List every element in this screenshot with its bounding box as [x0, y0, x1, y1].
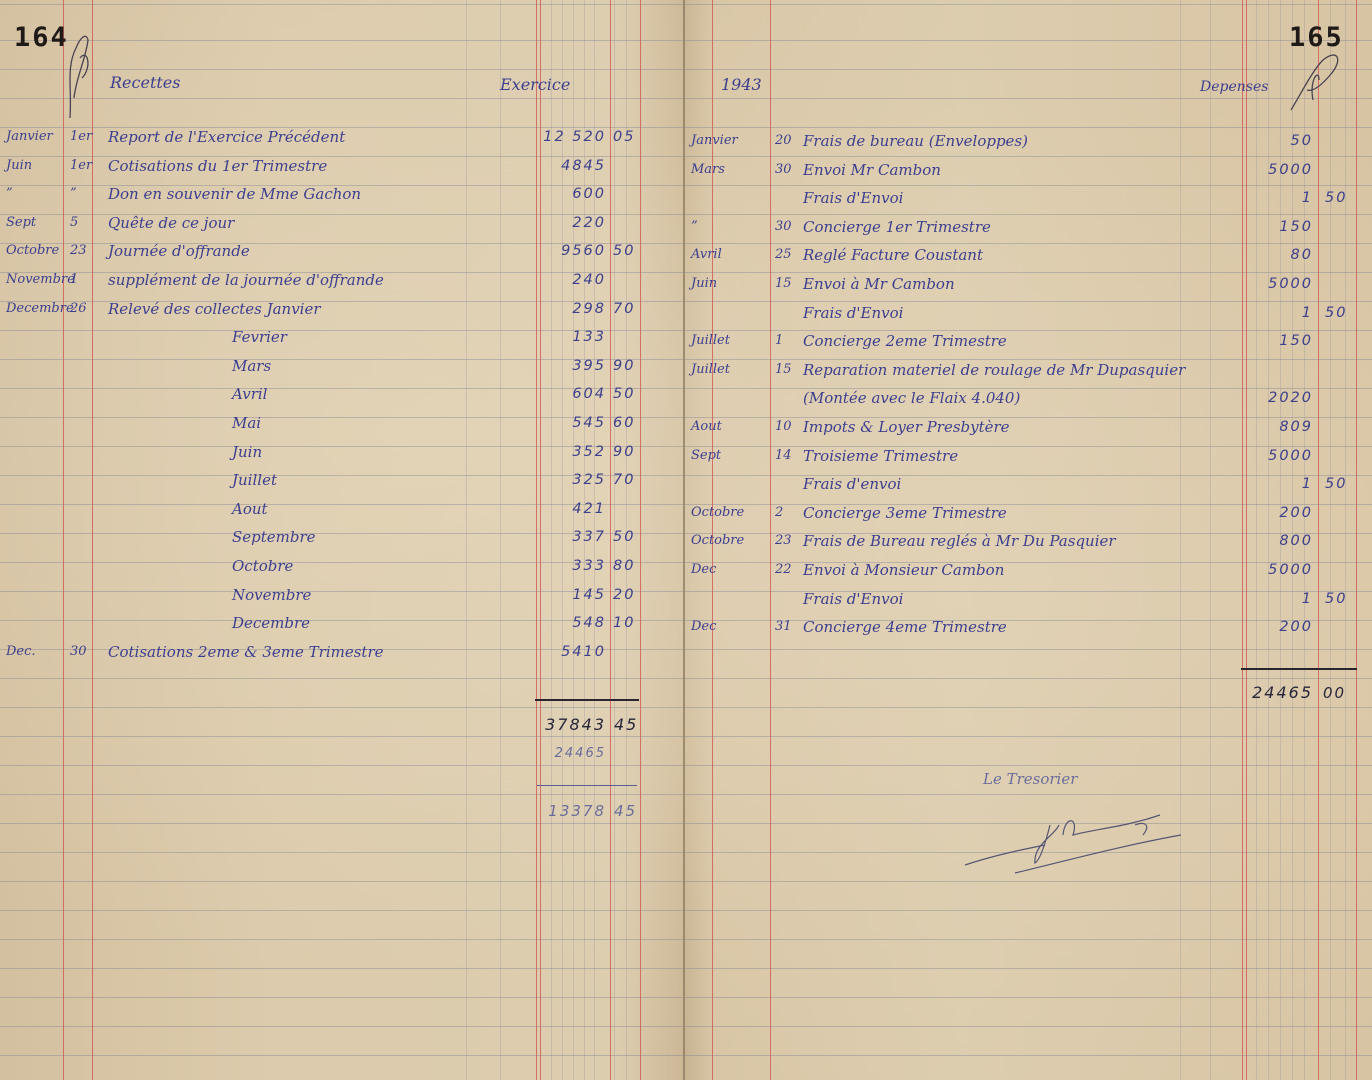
entry-month: Janvier: [6, 128, 53, 146]
entry-amount-cents: 50: [1325, 590, 1347, 608]
entry-amount-francs: 352: [530, 443, 606, 461]
entry-description: Report de l'Exercice Précédent: [108, 128, 345, 146]
entry-month: ”: [691, 218, 698, 236]
entry-amount-francs: 5000: [1233, 561, 1313, 579]
entry-amount-francs: 325: [530, 471, 606, 489]
entry-description: Relevé des collectes Janvier: [108, 300, 321, 318]
entry-amount-francs: 150: [1233, 332, 1313, 350]
entry-amount-francs: 298: [530, 300, 606, 318]
entry-amount-francs: 12 520: [530, 128, 606, 146]
signature-title: Le Tresorier: [983, 770, 1077, 788]
entry-day: 2: [775, 504, 783, 522]
entry-month: Mars: [691, 161, 725, 179]
cents-rule: [640, 0, 641, 1080]
entry-description: Reparation materiel de roulage de Mr Dup…: [803, 361, 1185, 379]
entry-description: Envoi Mr Cambon: [803, 161, 941, 179]
entry-description: Concierge 4eme Trimestre: [803, 618, 1007, 636]
entry-amount-cents: 20: [613, 586, 635, 604]
entry-description: Don en souvenir de Mme Gachon: [108, 185, 361, 203]
header-expenses: Depenses: [1200, 78, 1268, 96]
entry-day: 26: [70, 300, 87, 318]
entry-amount-francs: 395: [530, 357, 606, 375]
entry-description: Juillet: [232, 471, 277, 489]
entry-amount-francs: 600: [530, 185, 606, 203]
entry-day: 22: [775, 561, 792, 579]
entry-month: Juillet: [691, 332, 730, 350]
entry-month: Dec: [691, 561, 716, 579]
entry-amount-francs: 548: [530, 614, 606, 632]
entry-description: Concierge 2eme Trimestre: [803, 332, 1007, 350]
entry-month: Dec: [691, 618, 716, 636]
entry-description: Concierge 3eme Trimestre: [803, 504, 1007, 522]
entry-description: Avril: [232, 385, 267, 403]
right-page-expenses: 165 1943 Depenses Janvier20Frais de bure…: [685, 0, 1372, 1080]
entry-amount-francs: 200: [1233, 504, 1313, 522]
entry-description: (Montée avec le Flaix 4.040): [803, 389, 1020, 407]
entry-description: Octobre: [232, 557, 293, 575]
entry-day: 15: [775, 275, 792, 293]
entry-amount-francs: 1: [1233, 189, 1313, 207]
column-rule: [1210, 0, 1211, 1080]
entry-month: Aout: [691, 418, 722, 436]
entry-amount-cents: 60: [613, 414, 635, 432]
entry-amount-francs: 50: [1233, 132, 1313, 150]
entry-day: 15: [775, 361, 792, 379]
entry-day: 1er: [70, 128, 92, 146]
entry-description: Aout: [232, 500, 268, 518]
entry-day: 20: [775, 132, 792, 150]
entry-amount-francs: 5410: [530, 643, 606, 661]
entry-month: Sept: [6, 214, 36, 232]
total-receipts-francs: 37843: [540, 716, 606, 734]
entry-month: ”: [6, 185, 13, 203]
entry-description: Journée d'offrande: [108, 242, 250, 260]
less-expenses-francs: 24465: [530, 745, 606, 763]
entry-month: Sept: [691, 447, 721, 465]
entry-month: Avril: [691, 246, 722, 264]
entry-amount-cents: 50: [1325, 189, 1347, 207]
entry-amount-francs: 1: [1233, 475, 1313, 493]
entry-description: Reglé Facture Coustant: [803, 246, 983, 264]
entry-description: Mai: [232, 414, 261, 432]
total-receipts-cents: 45: [614, 716, 638, 734]
entry-day: 23: [70, 242, 87, 260]
entry-amount-francs: 200: [1233, 618, 1313, 636]
page-number: 164: [14, 22, 69, 53]
entry-amount-francs: 9560: [530, 242, 606, 260]
entry-amount-francs: 333: [530, 557, 606, 575]
entry-month: Octobre: [6, 242, 59, 260]
entry-amount-cents: 50: [1325, 304, 1347, 322]
entry-month: Juin: [6, 157, 32, 175]
total-expenses-francs: 24465: [1233, 684, 1313, 702]
entry-amount-cents: 50: [613, 242, 635, 260]
entry-amount-cents: 70: [613, 471, 635, 489]
margin-rule: [63, 0, 64, 1080]
cents-rule: [610, 0, 611, 1080]
entry-day: ”: [70, 185, 77, 203]
entry-day: 5: [70, 214, 78, 232]
entry-amount-cents: 10: [613, 614, 635, 632]
entry-description: Juin: [232, 443, 262, 461]
balance-cents: 45: [614, 802, 637, 820]
entry-amount-francs: 4845: [530, 157, 606, 175]
entry-amount-francs: 150: [1233, 218, 1313, 236]
entry-day: 30: [775, 161, 792, 179]
entry-amount-francs: 800: [1233, 532, 1313, 550]
column-rule: [1180, 0, 1181, 1080]
entry-day: 1er: [70, 157, 92, 175]
total-expenses-cents: 00: [1323, 684, 1346, 702]
entry-amount-cents: 50: [1325, 475, 1347, 493]
header-year: 1943: [721, 76, 762, 94]
cents-rule: [1318, 0, 1319, 1080]
entry-amount-cents: 80: [613, 557, 635, 575]
entry-amount-francs: 220: [530, 214, 606, 232]
entry-description: Impots & Loyer Presbytère: [803, 418, 1010, 436]
entry-amount-cents: 70: [613, 300, 635, 318]
entry-description: Cotisations 2eme & 3eme Trimestre: [108, 643, 384, 661]
entry-day: 10: [775, 418, 792, 436]
total-rule: [535, 699, 639, 701]
entry-description: Frais de bureau (Enveloppes): [803, 132, 1028, 150]
entry-description: Frais de Bureau reglés à Mr Du Pasquier: [803, 532, 1116, 550]
entry-amount-cents: 90: [613, 443, 635, 461]
entry-month: Octobre: [691, 532, 744, 550]
entry-description: Envoi à Monsieur Cambon: [803, 561, 1004, 579]
left-page-receipts: 164 Recettes Exercice Janvier1erReport d…: [0, 0, 684, 1080]
entry-day: 25: [775, 246, 792, 264]
entry-month: Janvier: [691, 132, 738, 150]
entry-description: Envoi à Mr Cambon: [803, 275, 955, 293]
margin-rule: [770, 0, 771, 1080]
balance-rule: [537, 785, 637, 786]
entry-day: 14: [775, 447, 792, 465]
entry-amount-cents: 90: [613, 357, 635, 375]
entry-description: Frais d'Envoi: [803, 189, 903, 207]
entry-amount-francs: 545: [530, 414, 606, 432]
header-exercise: Exercice: [500, 76, 570, 94]
entry-amount-francs: 80: [1233, 246, 1313, 264]
entry-description: Concierge 1er Trimestre: [803, 218, 991, 236]
entry-month: Decembre: [6, 300, 74, 318]
ledger-spread: 164 Recettes Exercice Janvier1erReport d…: [0, 0, 1372, 1080]
entry-day: 23: [775, 532, 792, 550]
entry-month: Juillet: [691, 361, 730, 379]
column-rule: [1330, 0, 1331, 1080]
entry-amount-francs: 5000: [1233, 275, 1313, 293]
entry-amount-francs: 133: [530, 328, 606, 346]
entry-day: 1: [70, 271, 78, 289]
column-rule: [466, 0, 467, 1080]
entry-description: Frais d'Envoi: [803, 590, 903, 608]
entry-description: Septembre: [232, 528, 316, 546]
entry-amount-francs: 240: [530, 271, 606, 289]
entry-day: 1: [775, 332, 783, 350]
entry-month: Juin: [691, 275, 717, 293]
entry-month: Octobre: [691, 504, 744, 522]
entry-amount-cents: 50: [613, 528, 635, 546]
entry-day: 31: [775, 618, 792, 636]
cents-rule: [1356, 0, 1357, 1080]
entry-amount-francs: 1: [1233, 590, 1313, 608]
entry-amount-francs: 809: [1233, 418, 1313, 436]
entry-description: Troisieme Trimestre: [803, 447, 958, 465]
entry-day: 30: [70, 643, 87, 661]
entry-description: Decembre: [232, 614, 310, 632]
entry-amount-francs: 5000: [1233, 161, 1313, 179]
header-receipts: Recettes: [110, 74, 180, 92]
entry-description: Quête de ce jour: [108, 214, 234, 232]
entry-amount-francs: 145: [530, 586, 606, 604]
entry-amount-francs: 1: [1233, 304, 1313, 322]
entry-description: Mars: [232, 357, 271, 375]
entry-month: Novembre: [6, 271, 75, 289]
column-rule: [500, 0, 501, 1080]
balance-francs: 13378: [530, 802, 606, 820]
column-rule: [1345, 0, 1346, 1080]
entry-amount-cents: 05: [613, 128, 635, 146]
entry-description: supplément de la journée d'offrande: [108, 271, 384, 289]
entry-description: Cotisations du 1er Trimestre: [108, 157, 327, 175]
entry-description: Frais d'envoi: [803, 475, 901, 493]
entry-description: Fevrier: [232, 328, 287, 346]
entry-month: Dec.: [6, 643, 36, 661]
entry-amount-francs: 2020: [1233, 389, 1313, 407]
entry-amount-francs: 421: [530, 500, 606, 518]
total-rule: [1241, 668, 1357, 670]
entry-description: Novembre: [232, 586, 311, 604]
entry-description: Frais d'Envoi: [803, 304, 903, 322]
entry-amount-francs: 5000: [1233, 447, 1313, 465]
page-number: 165: [1289, 22, 1344, 53]
entry-day: 30: [775, 218, 792, 236]
entry-amount-cents: 50: [613, 385, 635, 403]
entry-amount-francs: 604: [530, 385, 606, 403]
entry-amount-francs: 337: [530, 528, 606, 546]
